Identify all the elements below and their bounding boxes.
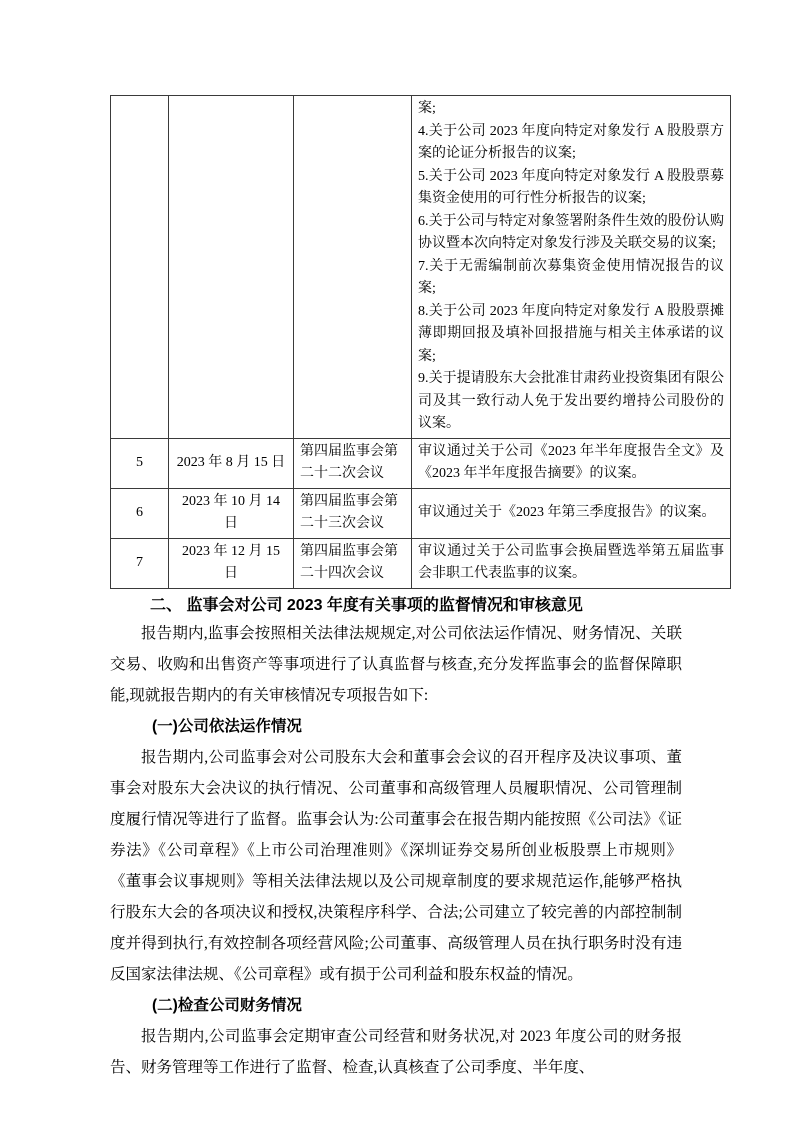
subsection-heading-2: (二)检查公司财务情况 xyxy=(110,990,682,1021)
section-intro-paragraph: 报告期内,监事会按照相关法律法规规定,对公司依法运作情况、财务情况、关联交易、收… xyxy=(110,618,682,711)
section-heading-2: 二、 监事会对公司 2023 年度有关事项的监督情况和审核意见 xyxy=(110,594,682,618)
cell-meeting: 第四届监事会第二十二次会议 xyxy=(294,438,412,488)
document-content: 案; 4.关于公司 2023 年度向特定对象发行 A 股股票方案的论证分析报告的… xyxy=(110,95,682,1083)
cell-seq: 6 xyxy=(111,488,169,538)
cell-seq: 5 xyxy=(111,438,169,488)
table-row: 7 2023 年 12 月 15 日 第四届监事会第二十四次会议 审议通过关于公… xyxy=(111,538,731,588)
resolution-item: 审议通过关于公司监事会换届暨选举第五届监事会非职工代表监事的议案。 xyxy=(418,541,724,586)
resolution-item: 7.关于无需编制前次募集资金使用情况报告的议案; xyxy=(418,256,724,301)
cell-meeting: 第四届监事会第二十四次会议 xyxy=(294,538,412,588)
resolution-item: 案; xyxy=(418,98,724,121)
cell-meeting xyxy=(294,96,412,439)
cell-meeting: 第四届监事会第二十三次会议 xyxy=(294,488,412,538)
cell-content: 审议通过关于公司监事会换届暨选举第五届监事会非职工代表监事的议案。 xyxy=(412,538,731,588)
cell-date: 2023 年 10 月 14 日 xyxy=(169,488,294,538)
resolution-item: 6.关于公司与特定对象签署附条件生效的股份认购协议暨本次向特定对象发行涉及关联交… xyxy=(418,211,724,256)
resolution-item: 审议通过关于公司《2023 年半年度报告全文》及《2023 年半年度报告摘要》的… xyxy=(418,441,724,486)
resolution-item: 5.关于公司 2023 年度向特定对象发行 A 股股票募集资金使用的可行性分析报… xyxy=(418,166,724,211)
lawful-operation-paragraph: 报告期内,公司监事会对公司股东大会和董事会会议的召开程序及决议事项、董事会对股东… xyxy=(110,742,682,990)
resolution-item: 9.关于提请股东大会批准甘肃药业投资集团有限公司及其一致行动人免于发出要约增持公… xyxy=(418,368,724,436)
table-row: 5 2023 年 8 月 15 日 第四届监事会第二十二次会议 审议通过关于公司… xyxy=(111,438,731,488)
cell-seq xyxy=(111,96,169,439)
resolution-item: 8.关于公司 2023 年度向特定对象发行 A 股股票摊薄即期回报及填补回报措施… xyxy=(418,301,724,369)
cell-seq: 7 xyxy=(111,538,169,588)
table-row: 6 2023 年 10 月 14 日 第四届监事会第二十三次会议 审议通过关于《… xyxy=(111,488,731,538)
resolution-item: 审议通过关于《2023 年第三季度报告》的议案。 xyxy=(418,502,724,525)
cell-content: 审议通过关于公司《2023 年半年度报告全文》及《2023 年半年度报告摘要》的… xyxy=(412,438,731,488)
cell-content: 审议通过关于《2023 年第三季度报告》的议案。 xyxy=(412,488,731,538)
financial-check-paragraph: 报告期内,公司监事会定期审查公司经营和财务状况,对 2023 年度公司的财务报告… xyxy=(110,1021,682,1083)
table-row: 案; 4.关于公司 2023 年度向特定对象发行 A 股股票方案的论证分析报告的… xyxy=(111,96,731,439)
supervisory-meetings-table: 案; 4.关于公司 2023 年度向特定对象发行 A 股股票方案的论证分析报告的… xyxy=(110,95,731,589)
cell-date: 2023 年 12 月 15 日 xyxy=(169,538,294,588)
document-page: 案; 4.关于公司 2023 年度向特定对象发行 A 股股票方案的论证分析报告的… xyxy=(0,0,794,1122)
resolution-item: 4.关于公司 2023 年度向特定对象发行 A 股股票方案的论证分析报告的议案; xyxy=(418,121,724,166)
cell-date xyxy=(169,96,294,439)
subsection-heading-1: (一)公司依法运作情况 xyxy=(110,711,682,742)
cell-date: 2023 年 8 月 15 日 xyxy=(169,438,294,488)
cell-content: 案; 4.关于公司 2023 年度向特定对象发行 A 股股票方案的论证分析报告的… xyxy=(412,96,731,439)
